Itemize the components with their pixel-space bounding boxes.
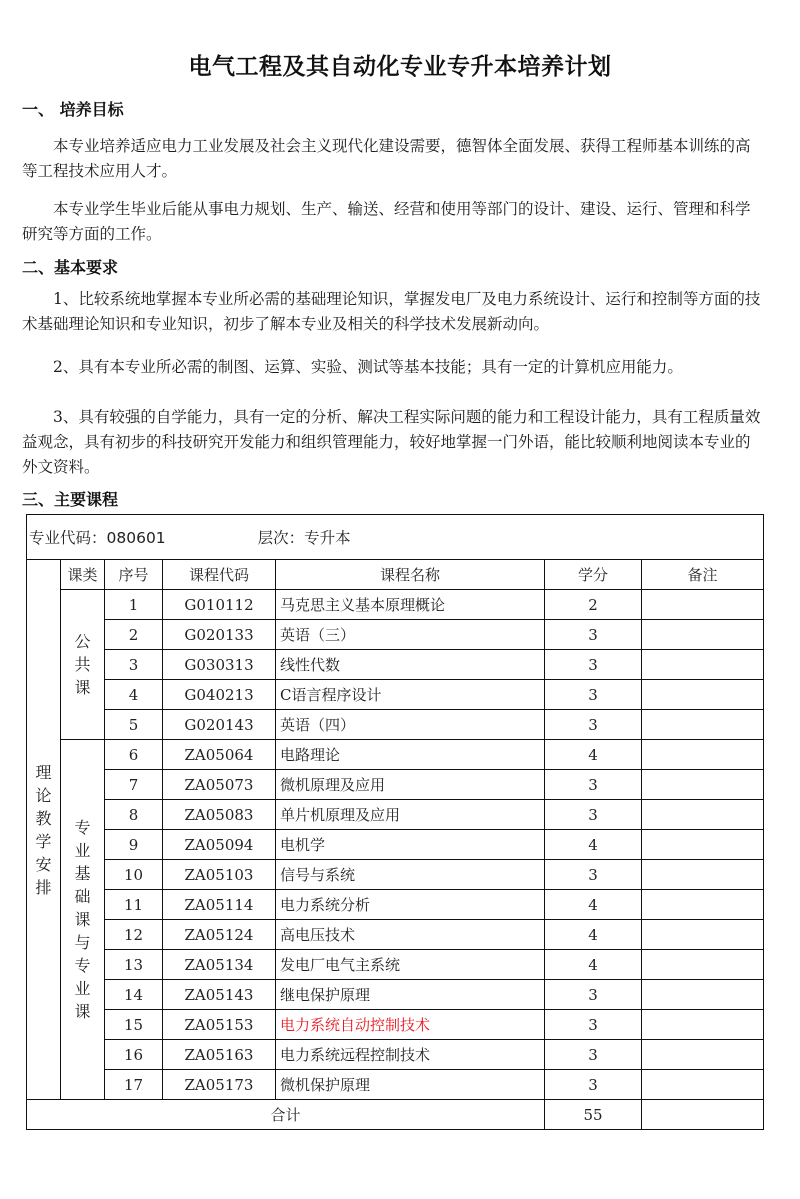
table-row: 13ZA05134发电厂电气主系统4 (27, 950, 764, 980)
course-note (642, 1040, 764, 1070)
paragraph-goal-1: 本专业培养适应电力工业发展及社会主义现代化建设需要，德智体全面发展、获得工程师基… (22, 134, 762, 184)
course-code: ZA05134 (163, 950, 276, 980)
course-code: ZA05153 (163, 1010, 276, 1040)
course-code: ZA05124 (163, 920, 276, 950)
table-row: 4G040213C语言程序设计3 (27, 680, 764, 710)
course-code: G020143 (163, 710, 276, 740)
course-code: ZA05073 (163, 770, 276, 800)
course-code: G010112 (163, 590, 276, 620)
header-note: 备注 (642, 560, 764, 590)
course-name: 继电保护原理 (276, 980, 545, 1010)
course-credit: 3 (545, 710, 642, 740)
course-code: G030313 (163, 650, 276, 680)
course-table: 专业代码：080601层次：专升本 理论教学安排 课类 序号 课程代码 课程名称… (26, 514, 764, 1130)
course-code: G020133 (163, 620, 276, 650)
table-row: 8ZA05083单片机原理及应用3 (27, 800, 764, 830)
course-no: 15 (105, 1010, 163, 1040)
total-credit: 55 (545, 1100, 642, 1130)
course-credit: 3 (545, 1010, 642, 1040)
course-credit: 3 (545, 680, 642, 710)
paragraph-req-2: 2、具有本专业所必需的制图、运算、实验、测试等基本技能；具有一定的计算机应用能力… (22, 355, 762, 380)
course-credit: 4 (545, 740, 642, 770)
course-note (642, 950, 764, 980)
course-no: 3 (105, 650, 163, 680)
course-no: 4 (105, 680, 163, 710)
course-note (642, 590, 764, 620)
course-credit: 3 (545, 860, 642, 890)
course-code: ZA05103 (163, 860, 276, 890)
course-note (642, 890, 764, 920)
course-note (642, 800, 764, 830)
course-credit: 4 (545, 920, 642, 950)
course-credit: 3 (545, 980, 642, 1010)
table-row: 7ZA05073微机原理及应用3 (27, 770, 764, 800)
course-no: 12 (105, 920, 163, 950)
course-name: 马克思主义基本原理概论 (276, 590, 545, 620)
course-name: 发电厂电气主系统 (276, 950, 545, 980)
table-row: 公共课1G010112马克思主义基本原理概论2 (27, 590, 764, 620)
table-row: 16ZA05163电力系统远程控制技术3 (27, 1040, 764, 1070)
category-group-label: 专业基础课与专业课 (61, 740, 105, 1100)
paragraph-goal-2: 本专业学生毕业后能从事电力规划、生产、输送、经营和使用等部门的设计、建设、运行、… (22, 197, 762, 247)
course-no: 14 (105, 980, 163, 1010)
table-row: 15ZA05153电力系统自动控制技术3 (27, 1010, 764, 1040)
course-code: ZA05114 (163, 890, 276, 920)
course-credit: 3 (545, 1070, 642, 1100)
course-no: 17 (105, 1070, 163, 1100)
header-credit: 学分 (545, 560, 642, 590)
course-name: 信号与系统 (276, 860, 545, 890)
course-credit: 3 (545, 620, 642, 650)
table-row: 5G020143英语（四）3 (27, 710, 764, 740)
course-note (642, 740, 764, 770)
table-row: 专业基础课与专业课6ZA05064电路理论4 (27, 740, 764, 770)
total-row: 合计55 (27, 1100, 764, 1130)
course-name: 电力系统远程控制技术 (276, 1040, 545, 1070)
course-no: 9 (105, 830, 163, 860)
category-group-label: 公共课 (61, 590, 105, 740)
course-name: 英语（四） (276, 710, 545, 740)
course-name: 英语（三） (276, 620, 545, 650)
table-row: 9ZA05094电机学4 (27, 830, 764, 860)
course-note (642, 680, 764, 710)
course-credit: 3 (545, 770, 642, 800)
course-credit: 4 (545, 890, 642, 920)
major-code: 专业代码：080601 (29, 529, 166, 547)
table-row: 12ZA05124高电压技术4 (27, 920, 764, 950)
table-row: 14ZA05143继电保护原理3 (27, 980, 764, 1010)
table-row: 17ZA05173微机保护原理3 (27, 1070, 764, 1100)
course-name: C语言程序设计 (276, 680, 545, 710)
course-no: 8 (105, 800, 163, 830)
course-name: 单片机原理及应用 (276, 800, 545, 830)
course-credit: 3 (545, 650, 642, 680)
course-no: 11 (105, 890, 163, 920)
course-credit: 3 (545, 1040, 642, 1070)
course-no: 16 (105, 1040, 163, 1070)
section-heading-requirements: 二、基本要求 (22, 255, 118, 278)
course-name: 高电压技术 (276, 920, 545, 950)
course-no: 13 (105, 950, 163, 980)
course-note (642, 830, 764, 860)
course-name: 电力系统自动控制技术 (276, 1010, 545, 1040)
course-note (642, 1010, 764, 1040)
course-name: 电机学 (276, 830, 545, 860)
course-note (642, 920, 764, 950)
level: 层次：专升本 (258, 529, 351, 547)
course-code: G040213 (163, 680, 276, 710)
table-row: 3G030313线性代数3 (27, 650, 764, 680)
total-label: 合计 (27, 1100, 545, 1130)
course-name: 电力系统分析 (276, 890, 545, 920)
course-note (642, 650, 764, 680)
total-note (642, 1100, 764, 1130)
course-credit: 2 (545, 590, 642, 620)
course-code: ZA05083 (163, 800, 276, 830)
section-heading-goals: 一、 培养目标 (22, 97, 124, 120)
paragraph-req-3: 3、具有较强的自学能力，具有一定的分析、解决工程实际问题的能力和工程设计能力，具… (22, 405, 762, 480)
table-row: 11ZA05114电力系统分析4 (27, 890, 764, 920)
outer-group-label: 理论教学安排 (27, 560, 61, 1100)
course-note (642, 770, 764, 800)
course-code: ZA05064 (163, 740, 276, 770)
header-no: 序号 (105, 560, 163, 590)
header-category: 课类 (61, 560, 105, 590)
table-header-row: 理论教学安排 课类 序号 课程代码 课程名称 学分 备注 (27, 560, 764, 590)
course-code: ZA05094 (163, 830, 276, 860)
table-meta-row: 专业代码：080601层次：专升本 (27, 515, 764, 560)
course-note (642, 980, 764, 1010)
course-no: 2 (105, 620, 163, 650)
course-note (642, 1070, 764, 1100)
course-note (642, 710, 764, 740)
course-code: ZA05163 (163, 1040, 276, 1070)
course-code: ZA05173 (163, 1070, 276, 1100)
course-no: 10 (105, 860, 163, 890)
course-note (642, 620, 764, 650)
section-heading-courses: 三、主要课程 (22, 487, 118, 510)
header-name: 课程名称 (276, 560, 545, 590)
course-note (642, 860, 764, 890)
course-no: 7 (105, 770, 163, 800)
course-no: 1 (105, 590, 163, 620)
course-name: 线性代数 (276, 650, 545, 680)
course-name: 电路理论 (276, 740, 545, 770)
paragraph-req-1: 1、比较系统地掌握本专业所必需的基础理论知识，掌握发电厂及电力系统设计、运行和控… (22, 287, 762, 337)
course-name: 微机保护原理 (276, 1070, 545, 1100)
course-credit: 4 (545, 830, 642, 860)
course-code: ZA05143 (163, 980, 276, 1010)
course-credit: 4 (545, 950, 642, 980)
table-row: 2G020133英语（三）3 (27, 620, 764, 650)
course-name: 微机原理及应用 (276, 770, 545, 800)
course-no: 6 (105, 740, 163, 770)
course-credit: 3 (545, 800, 642, 830)
header-code: 课程代码 (163, 560, 276, 590)
document-title: 电气工程及其自动化专业专升本培养计划 (0, 48, 800, 81)
course-no: 5 (105, 710, 163, 740)
table-row: 10ZA05103信号与系统3 (27, 860, 764, 890)
